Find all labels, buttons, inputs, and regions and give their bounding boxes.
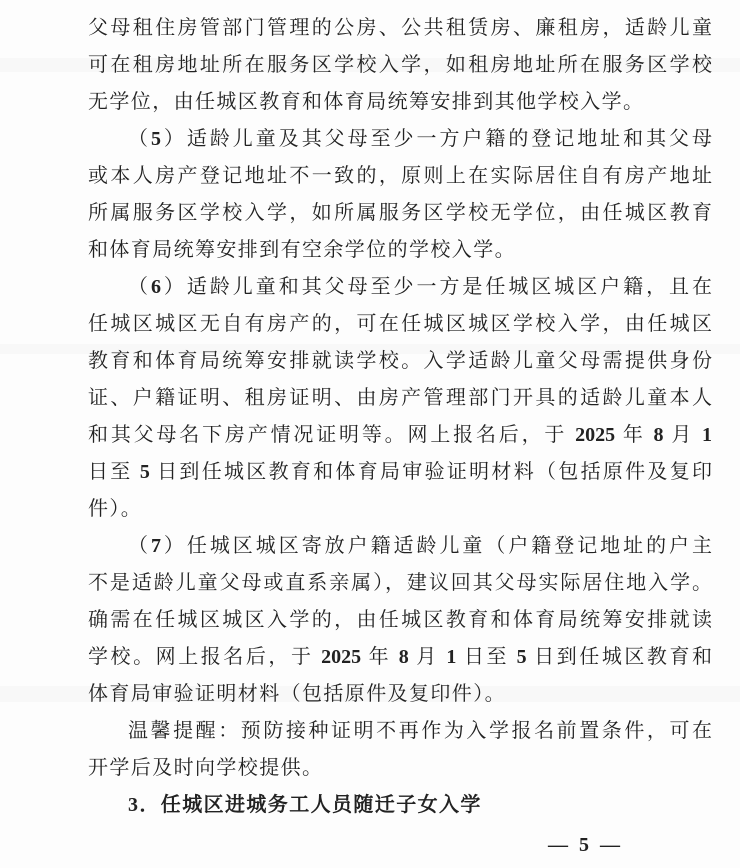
bold-text-segment: 3．任城区进城务工人员随迁子女入学 [128, 794, 482, 816]
text-segment: 无学位，由任城区教育和体育局统筹安排到其他学校入学。 [88, 91, 644, 113]
text-segment: 月 [664, 424, 702, 446]
text-segment: 日到任城区教育和体育局审验证明材料（包括原件及复印 [150, 461, 712, 483]
page-number: — 5 — [548, 830, 623, 860]
bold-text-segment: 2025 [575, 424, 615, 446]
bold-text-segment: 8 [654, 424, 664, 446]
bold-text-segment: 2025 [321, 646, 361, 668]
text-segment: 年 [361, 646, 399, 668]
text-segment: （ [128, 128, 151, 150]
text-segment: 日至 [88, 461, 140, 483]
text-segment: 任城区城区无自有房产的，可在任城区城区学校入学，由任城区 [88, 313, 712, 335]
text-segment: 日至 [456, 646, 516, 668]
text-segment: 证、户籍证明、租房证明、由房产管理部门开具的适龄儿童本人 [88, 387, 712, 409]
text-segment: 确需在任城区城区入学的，由任城区教育和体育局统筹安排就读 [88, 609, 712, 631]
document-body: 父母租住房管部门管理的公房、公共租赁房、廉租房，适龄儿童可在租房地址所在服务区学… [88, 10, 712, 824]
document-line: 教育和体育局统筹安排就读学校。入学适龄儿童父母需提供身份 [88, 343, 712, 380]
document-line: 或本人房产登记地址不一致的，原则上在实际居住自有房产地址 [88, 158, 712, 195]
document-line: 确需在任城区城区入学的，由任城区教育和体育局统筹安排就读 [88, 602, 712, 639]
text-segment: ）适龄儿童及其父母至少一方户籍的登记地址和其父母 [161, 128, 712, 150]
document-line: 日至 5 日到任城区教育和体育局审验证明材料（包括原件及复印 [88, 454, 712, 491]
document-page: 父母租住房管部门管理的公房、公共租赁房、廉租房，适龄儿童可在租房地址所在服务区学… [0, 0, 740, 868]
document-line: 开学后及时向学校提供。 [88, 750, 712, 787]
text-segment: 教育和体育局统筹安排就读学校。入学适龄儿童父母需提供身份 [88, 350, 712, 372]
document-line: 证、户籍证明、租房证明、由房产管理部门开具的适龄儿童本人 [88, 380, 712, 417]
text-segment: 学校。网上报名后，于 [88, 646, 321, 668]
document-line: 体育局审验证明材料（包括原件及复印件）。 [88, 676, 712, 713]
text-segment: 可在租房地址所在服务区学校入学，如租房地址所在服务区学校 [88, 54, 712, 76]
text-segment: （ [128, 276, 151, 298]
text-segment: 和体育局统筹安排到有空余学位的学校入学。 [88, 239, 516, 261]
text-segment: 体育局审验证明材料（包括原件及复印件）。 [88, 683, 506, 705]
document-line: （6）适龄儿童和其父母至少一方是任城区城区户籍，且在 [88, 269, 712, 306]
text-segment: （ [128, 535, 151, 557]
bold-text-segment: 1 [446, 646, 456, 668]
bold-text-segment: 5 [140, 461, 150, 483]
document-line: 父母租住房管部门管理的公房、公共租赁房、廉租房，适龄儿童 [88, 10, 712, 47]
document-line: 所属服务区学校入学，如所属服务区学校无学位，由任城区教育 [88, 195, 712, 232]
text-segment: 温馨提醒：预防接种证明不再作为入学报名前置条件，可在 [128, 720, 712, 742]
document-line: 无学位，由任城区教育和体育局统筹安排到其他学校入学。 [88, 84, 712, 121]
text-segment: 年 [615, 424, 653, 446]
document-line: （7）任城区城区寄放户籍适龄儿童（户籍登记地址的户主 [88, 528, 712, 565]
document-line: 不是适龄儿童父母或直系亲属），建议回其父母实际居住地入学。 [88, 565, 712, 602]
bold-text-segment: 7 [151, 535, 161, 557]
text-segment: ）适龄儿童和其父母至少一方是任城区城区户籍，且在 [161, 276, 712, 298]
bold-text-segment: 8 [399, 646, 409, 668]
document-line: 和其父母名下房产情况证明等。网上报名后，于 2025 年 8 月 1 [88, 417, 712, 454]
text-segment: 不是适龄儿童父母或直系亲属），建议回其父母实际居住地入学。 [88, 572, 712, 594]
bold-text-segment: 1 [702, 424, 712, 446]
text-segment: 或本人房产登记地址不一致的，原则上在实际居住自有房产地址 [88, 165, 712, 187]
text-segment: 和其父母名下房产情况证明等。网上报名后，于 [88, 424, 575, 446]
document-line: 3．任城区进城务工人员随迁子女入学 [88, 787, 712, 824]
document-line: 学校。网上报名后，于 2025 年 8 月 1 日至 5 日到任城区教育和 [88, 639, 712, 676]
bold-text-segment: 6 [151, 276, 161, 298]
text-segment: 月 [409, 646, 447, 668]
text-segment: 日到任城区教育和 [527, 646, 712, 668]
document-line: 温馨提醒：预防接种证明不再作为入学报名前置条件，可在 [88, 713, 712, 750]
bold-text-segment: 5 [517, 646, 527, 668]
text-segment: 开学后及时向学校提供。 [88, 757, 323, 779]
document-line: （5）适龄儿童及其父母至少一方户籍的登记地址和其父母 [88, 121, 712, 158]
text-segment: ）任城区城区寄放户籍适龄儿童（户籍登记地址的户主 [161, 535, 712, 557]
document-line: 件）。 [88, 491, 712, 528]
text-segment: 所属服务区学校入学，如所属服务区学校无学位，由任城区教育 [88, 202, 712, 224]
bold-text-segment: 5 [151, 128, 161, 150]
document-line: 和体育局统筹安排到有空余学位的学校入学。 [88, 232, 712, 269]
text-segment: 父母租住房管部门管理的公房、公共租赁房、廉租房，适龄儿童 [88, 17, 712, 39]
text-segment: 件）。 [88, 498, 142, 520]
document-line: 任城区城区无自有房产的，可在任城区城区学校入学，由任城区 [88, 306, 712, 343]
document-line: 可在租房地址所在服务区学校入学，如租房地址所在服务区学校 [88, 47, 712, 84]
